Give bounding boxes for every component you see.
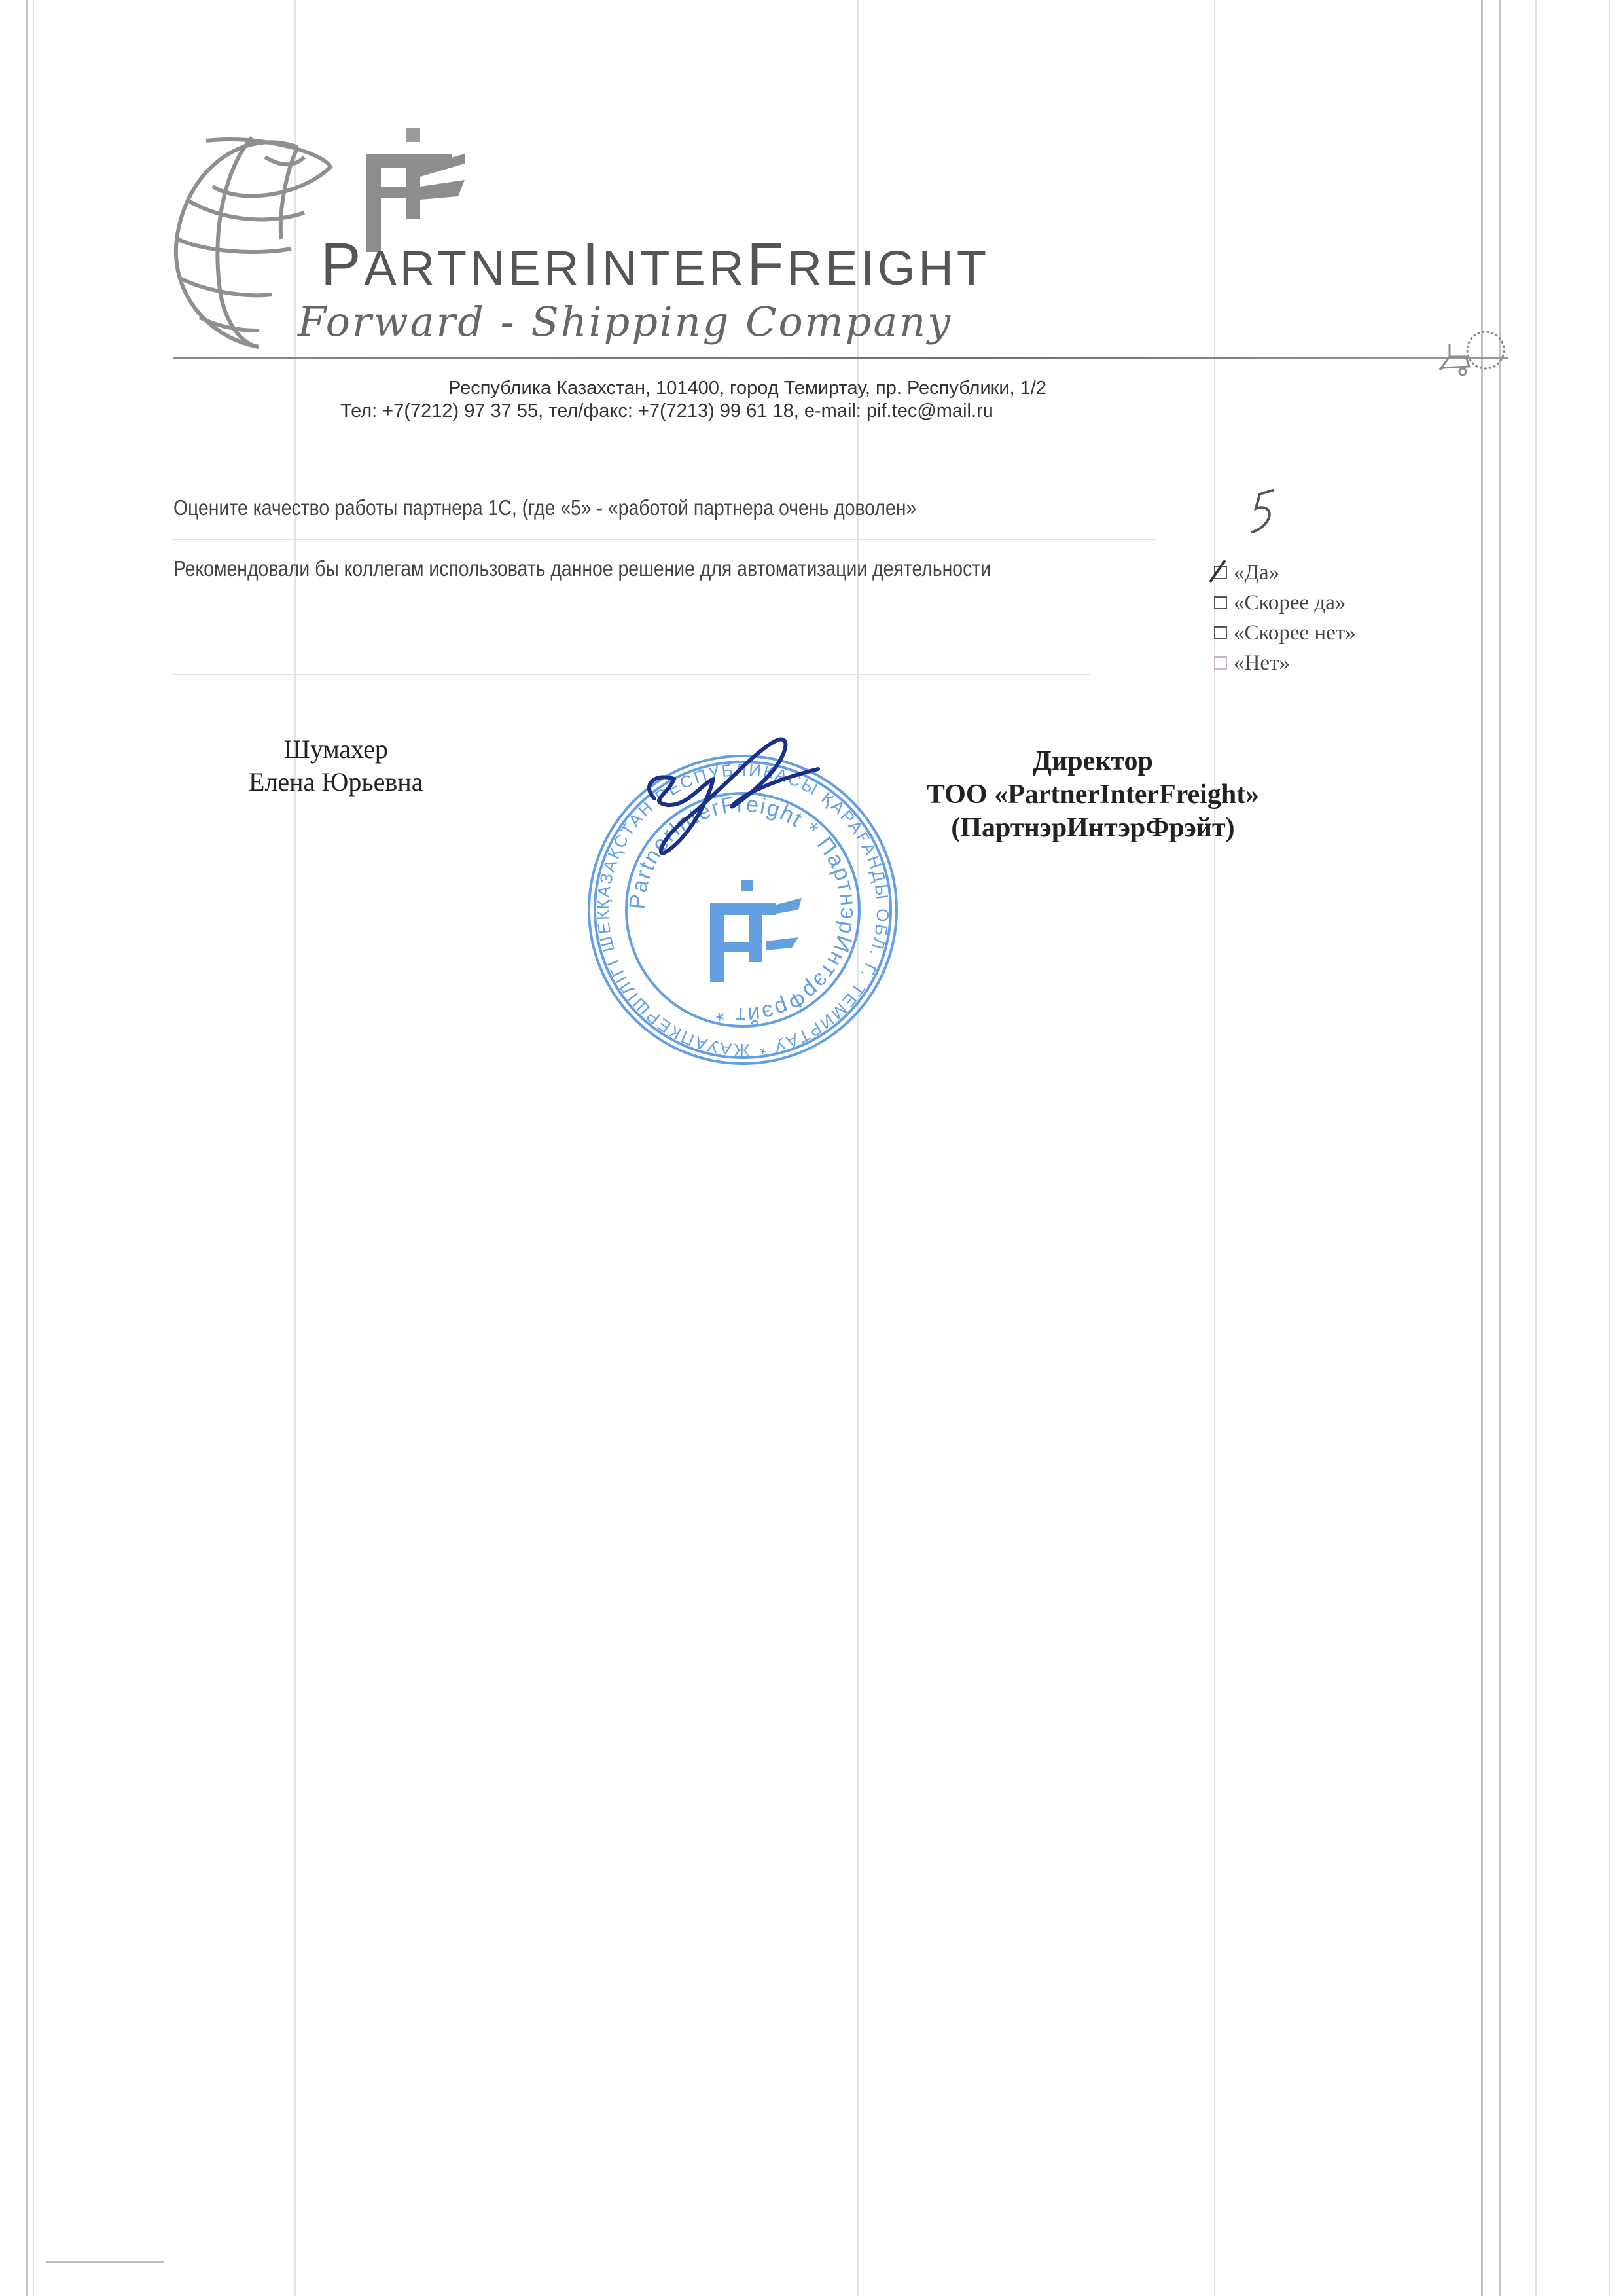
company-tagline: Forward - Shipping Company	[298, 298, 952, 346]
checkbox-yes-checked[interactable]	[1214, 566, 1227, 579]
scan-line	[33, 0, 34, 2296]
company-brand-name: PARTNERINTERFREIGHT	[321, 230, 990, 299]
scan-line	[1535, 0, 1537, 2296]
signatory-company-ru: (ПартнэрИнтэрФрэйт)	[877, 812, 1309, 845]
recommend-options: «Да» «Скорее да» «Скорее нет» «Нет»	[1214, 558, 1356, 678]
option-rather-yes[interactable]: «Скорее да»	[1214, 588, 1356, 618]
signatory-name: Елена Юрьевна	[249, 766, 423, 798]
footer-scan-mark	[46, 2261, 164, 2263]
scan-line	[1609, 0, 1610, 2296]
rating-answer-value: 5	[1302, 497, 1303, 498]
faint-row-line	[173, 539, 1155, 540]
signatory-left: Шумахер Елена Юрьевна	[249, 733, 423, 798]
checkbox-no[interactable]	[1214, 656, 1227, 670]
handwritten-answer-5	[1247, 488, 1279, 533]
company-address: Республика Казахстан, 101400, город Теми…	[448, 378, 1046, 399]
checkbox-rather-yes[interactable]	[1214, 596, 1227, 609]
signatory-right: Директор ТОО «PartnerInterFreight» (Парт…	[877, 745, 1309, 845]
company-contacts: Тел: +7(7212) 97 37 55, тел/факс: +7(721…	[340, 401, 993, 422]
faint-row-line	[173, 674, 1090, 675]
option-no[interactable]: «Нет»	[1214, 648, 1356, 678]
option-rather-no[interactable]: «Скорее нет»	[1214, 618, 1356, 648]
handwritten-signature	[628, 733, 825, 884]
checkbox-rather-no[interactable]	[1214, 626, 1227, 639]
letterhead-divider	[173, 357, 1508, 359]
signatory-company: ТОО «PartnerInterFreight»	[877, 778, 1309, 812]
freight-corner-logo-icon	[1430, 327, 1508, 376]
signatory-title: Директор	[877, 745, 1309, 778]
question-recommend: Рекомендовали бы коллегам использовать д…	[173, 556, 991, 581]
question-rating: Оцените качество работы партнера 1С, (гд…	[173, 495, 916, 520]
scan-line	[26, 0, 28, 2296]
option-yes[interactable]: «Да»	[1214, 558, 1356, 588]
signatory-surname: Шумахер	[249, 733, 423, 766]
scan-line	[1214, 0, 1215, 2296]
